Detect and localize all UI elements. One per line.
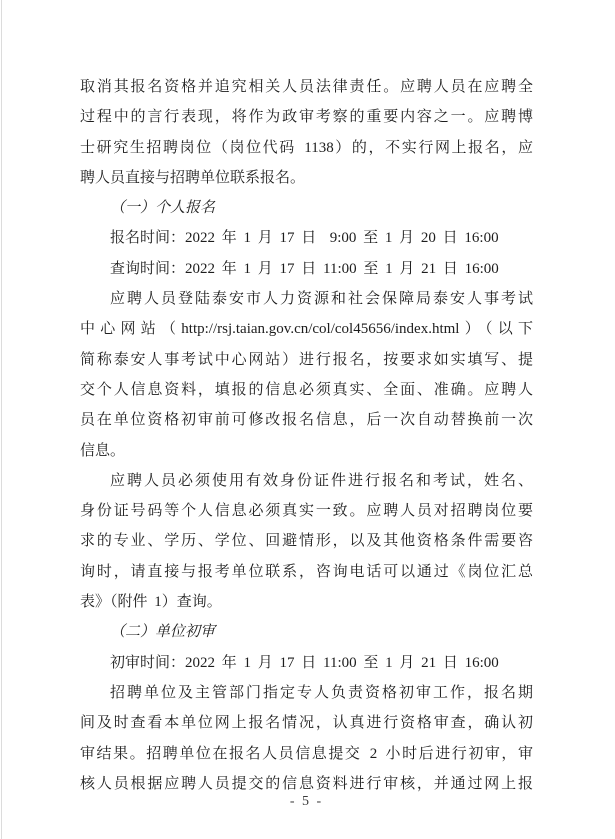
text-line: 员在单位资格初审前可修改报名信息，后一次自动替换前一次 bbox=[80, 405, 533, 435]
text-line: 询时，请直接与报考单位联系，咨询电话可以通过《岗位汇总 bbox=[80, 557, 533, 587]
text-line: 聘人员直接与招聘单位联系报名。 bbox=[80, 163, 533, 193]
text-line: 中心网站（http://rsj.taian.gov.cn/col/col4565… bbox=[80, 314, 533, 344]
text-line: 求的专业、学历、学位、回避情形，以及其他资格条件需要咨 bbox=[80, 526, 533, 556]
text-line: 招聘单位及主管部门指定专人负责资格初审工作，报名期 bbox=[80, 678, 533, 708]
text-line: 应聘人员必须使用有效身份证件进行报名和考试，姓名、 bbox=[80, 466, 533, 496]
text-line: 查询时间：2022 年 1 月 17 日 11:00 至 1 月 21 日 16… bbox=[80, 254, 533, 284]
document-body: 取消其报名资格并追究相关人员法律责任。应聘人员在应聘全过程中的言行表现，将作为政… bbox=[80, 72, 533, 799]
text-line: 报名时间：2022 年 1 月 17 日 9:00 至 1 月 20 日 16:… bbox=[80, 223, 533, 253]
text-line: 应聘人员登陆泰安市人力资源和社会保障局泰安人事考试 bbox=[80, 284, 533, 314]
text-line: 过程中的言行表现，将作为政审考察的重要内容之一。应聘博 bbox=[80, 102, 533, 132]
text-line: 士研究生招聘岗位（岗位代码 1138）的，不实行网上报名，应 bbox=[80, 133, 533, 163]
text-line: 间及时查看本单位网上报名情况，认真进行资格审查，确认初 bbox=[80, 708, 533, 738]
text-line: 取消其报名资格并追究相关人员法律责任。应聘人员在应聘全 bbox=[80, 72, 533, 102]
text-line: 简称泰安人事考试中心网站）进行报名，按要求如实填写、提 bbox=[80, 345, 533, 375]
text-line: 审结果。招聘单位在报名人员信息提交 2 小时后进行初审，审 bbox=[80, 739, 533, 769]
section-heading: （一）个人报名 bbox=[80, 193, 533, 223]
text-line: 交个人信息资料，填报的信息必须真实、全面、准确。应聘人 bbox=[80, 375, 533, 405]
document-page: 取消其报名资格并追究相关人员法律责任。应聘人员在应聘全过程中的言行表现，将作为政… bbox=[0, 0, 615, 839]
text-line: 表》（附件 1）查询。 bbox=[80, 587, 533, 617]
section-heading: （二）单位初审 bbox=[80, 617, 533, 647]
page-edge-line bbox=[1, 0, 2, 839]
text-line: 初审时间：2022 年 1 月 17 日 11:00 至 1 月 21 日 16… bbox=[80, 648, 533, 678]
text-line: 信息。 bbox=[80, 436, 533, 466]
text-line: 身份证号码等个人信息必须真实一致。应聘人员对招聘岗位要 bbox=[80, 496, 533, 526]
page-number: - 5 - bbox=[80, 794, 533, 810]
